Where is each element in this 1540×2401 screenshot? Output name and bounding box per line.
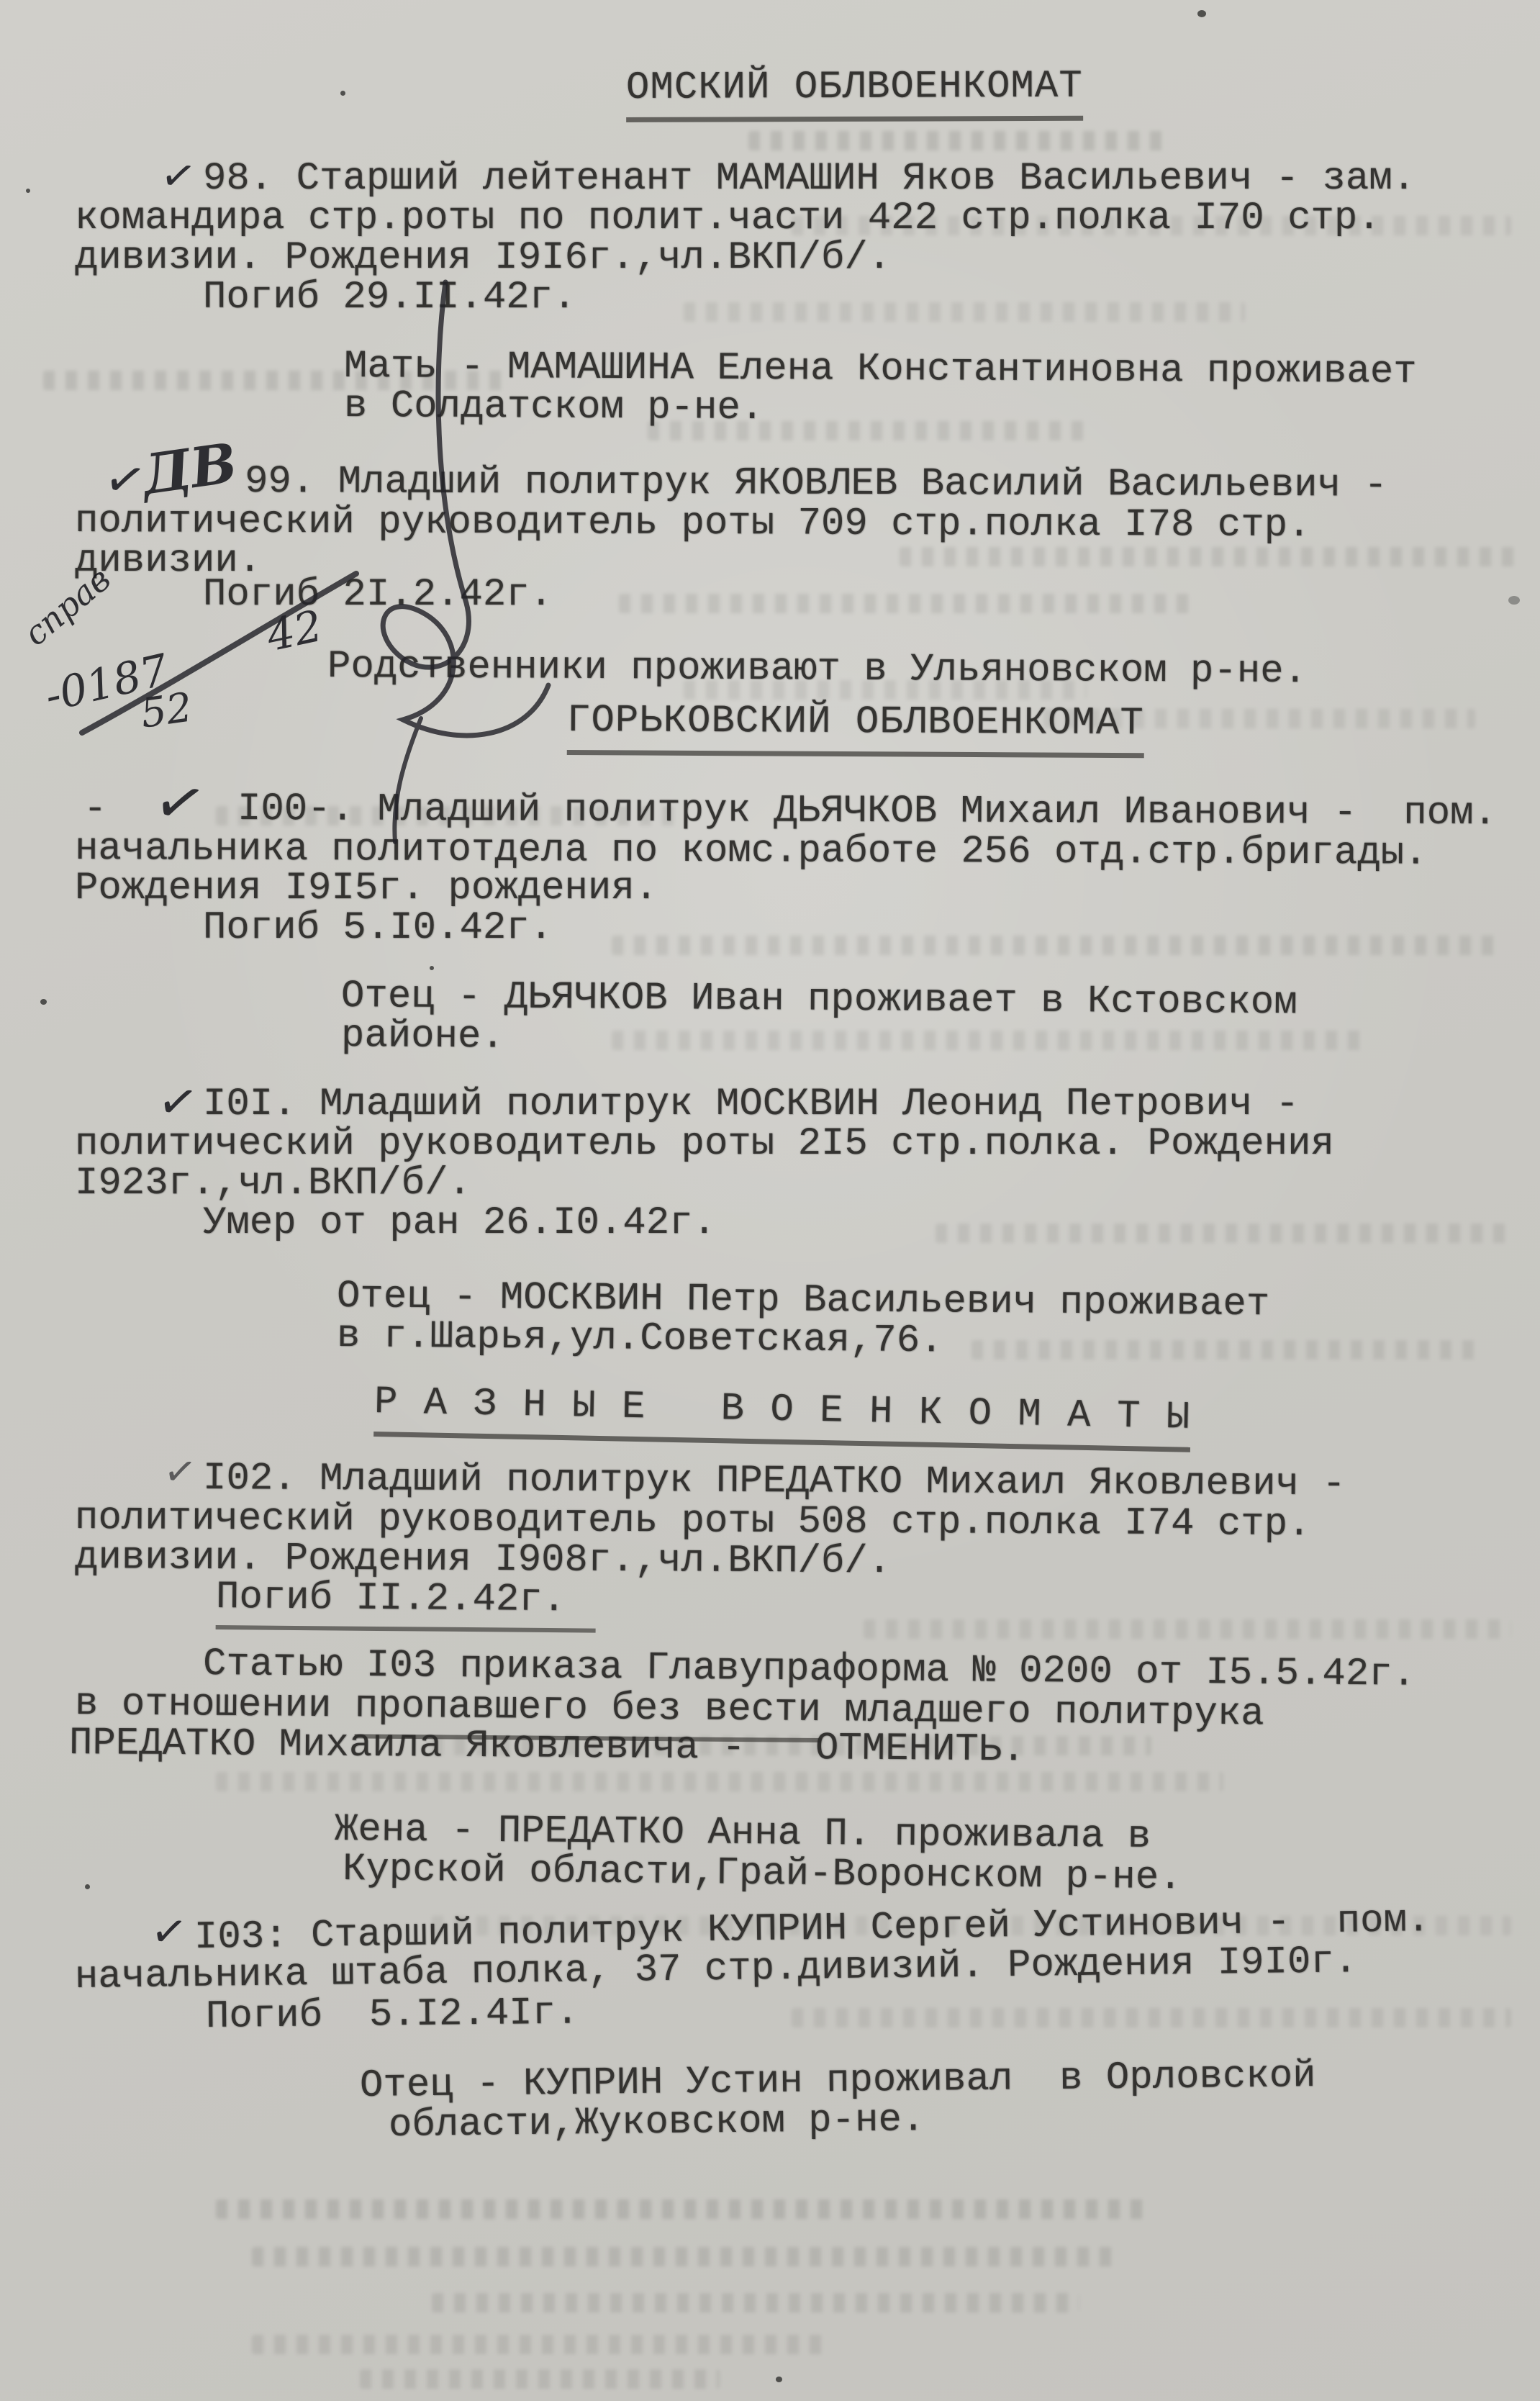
pen-stroke-diagonal-dash: [82, 574, 356, 733]
scanned-document-page: ОМСКИЙ ОБЛВОЕНКОМАТ ✓ 98. Старший лейтен…: [0, 0, 1540, 2401]
pen-stroke-loop: [383, 282, 548, 736]
pen-stroke-overlay: [0, 0, 1540, 2401]
pen-stroke-descender: [394, 718, 421, 842]
